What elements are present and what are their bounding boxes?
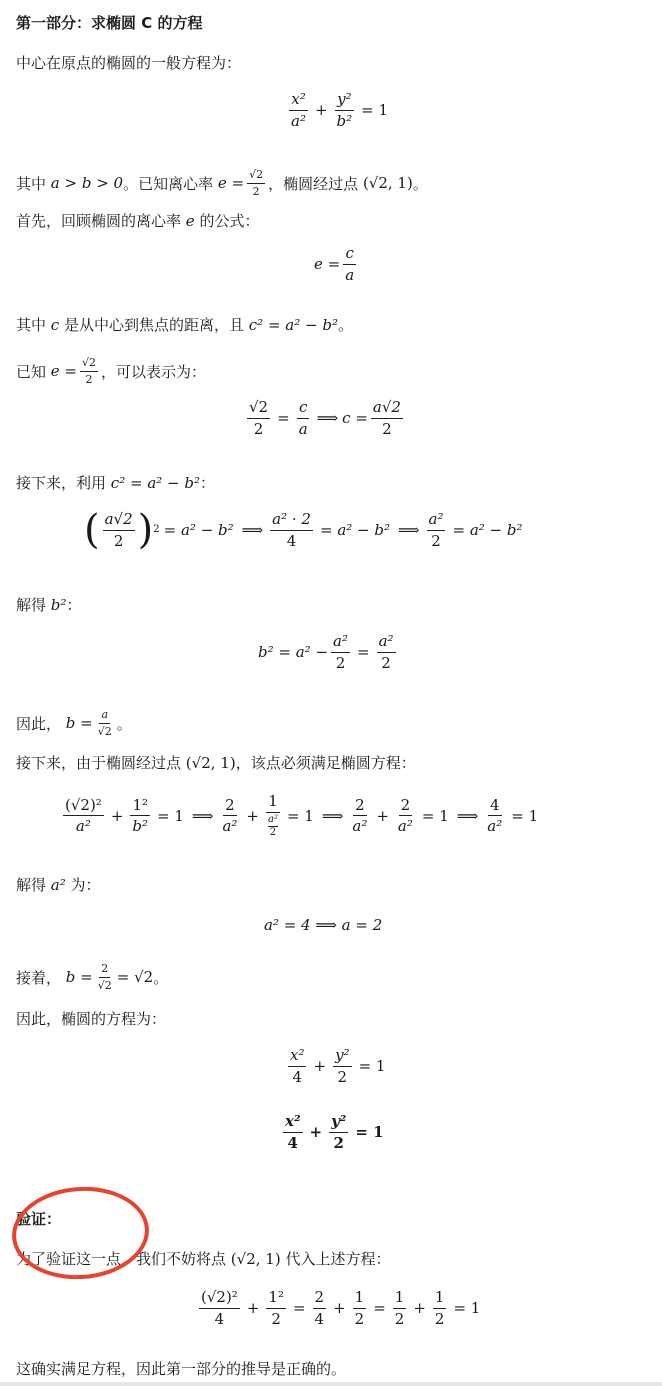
equation-b-squared: b² = a² − a²2 = a²2	[258, 632, 399, 673]
equation-point-substitution: (√2)²a² + 1²b² = 1 ⟹ 2a² + 1a²2 = 1 ⟹ 2a…	[60, 792, 542, 840]
paragraph-final-eq-intro: 因此，椭圆的方程为：	[16, 1008, 166, 1029]
paragraph-ecc-recall: 首先，回顾椭圆的离心率 e 的公式：	[16, 210, 259, 231]
equation-eccentricity: e = ca	[314, 244, 359, 285]
paragraph-focus-distance: 其中 c 是从中心到焦点的距离，且 c² = a² − b²。	[16, 314, 353, 335]
equation-substitution-chain: ( a√22 )2 = a² − b² ⟹ a² · 24 = a² − b² …	[84, 510, 527, 551]
equation-general-ellipse: x²a² + y²b² = 1	[286, 90, 392, 131]
equation-verification: (√2)²4 + 1²2 = 24 + 12 = 12 + 12 = 1	[196, 1288, 484, 1329]
equation-c-from-e: √22 = ca ⟹ c = a√22	[244, 398, 406, 439]
paragraph-b-final: 接着， b = 2√2 = √2。	[16, 962, 168, 993]
paragraph-solve-b2: 解得 b²：	[16, 594, 81, 615]
paragraph-conditions: 其中 a > b > 0。已知离心率 e = √22 ，椭圆经过点 (√2, 1…	[16, 168, 428, 199]
equation-final-ellipse: x²4 + y²2 = 1	[285, 1046, 389, 1087]
paragraph-point-on-ellipse: 接下来，由于椭圆经过点 (√2, 1)，该点必须满足椭圆方程：	[16, 752, 416, 773]
paragraph-b-value: 因此， b = a√2 。	[16, 708, 132, 739]
paragraph-known-e: 已知 e = √22 ，可以表示为：	[16, 356, 206, 387]
paragraph-general-eq-intro: 中心在原点的椭圆的一般方程为：	[16, 52, 241, 73]
paragraph-use-c2: 接下来，利用 c² = a² − b²：	[16, 472, 215, 493]
bottom-divider	[0, 1382, 662, 1386]
section-heading: 第一部分：求椭圆 C 的方程	[16, 12, 202, 33]
paragraph-conclusion: 这确实满足方程，因此第一部分的推导是正确的。	[16, 1358, 346, 1379]
equation-a-solution: a² = 4 ⟹ a = 2	[264, 916, 382, 934]
equation-final-ellipse-boxed: x²4 + y²2 = 1	[280, 1112, 388, 1153]
paragraph-solve-a2: 解得 a² 为：	[16, 874, 101, 895]
